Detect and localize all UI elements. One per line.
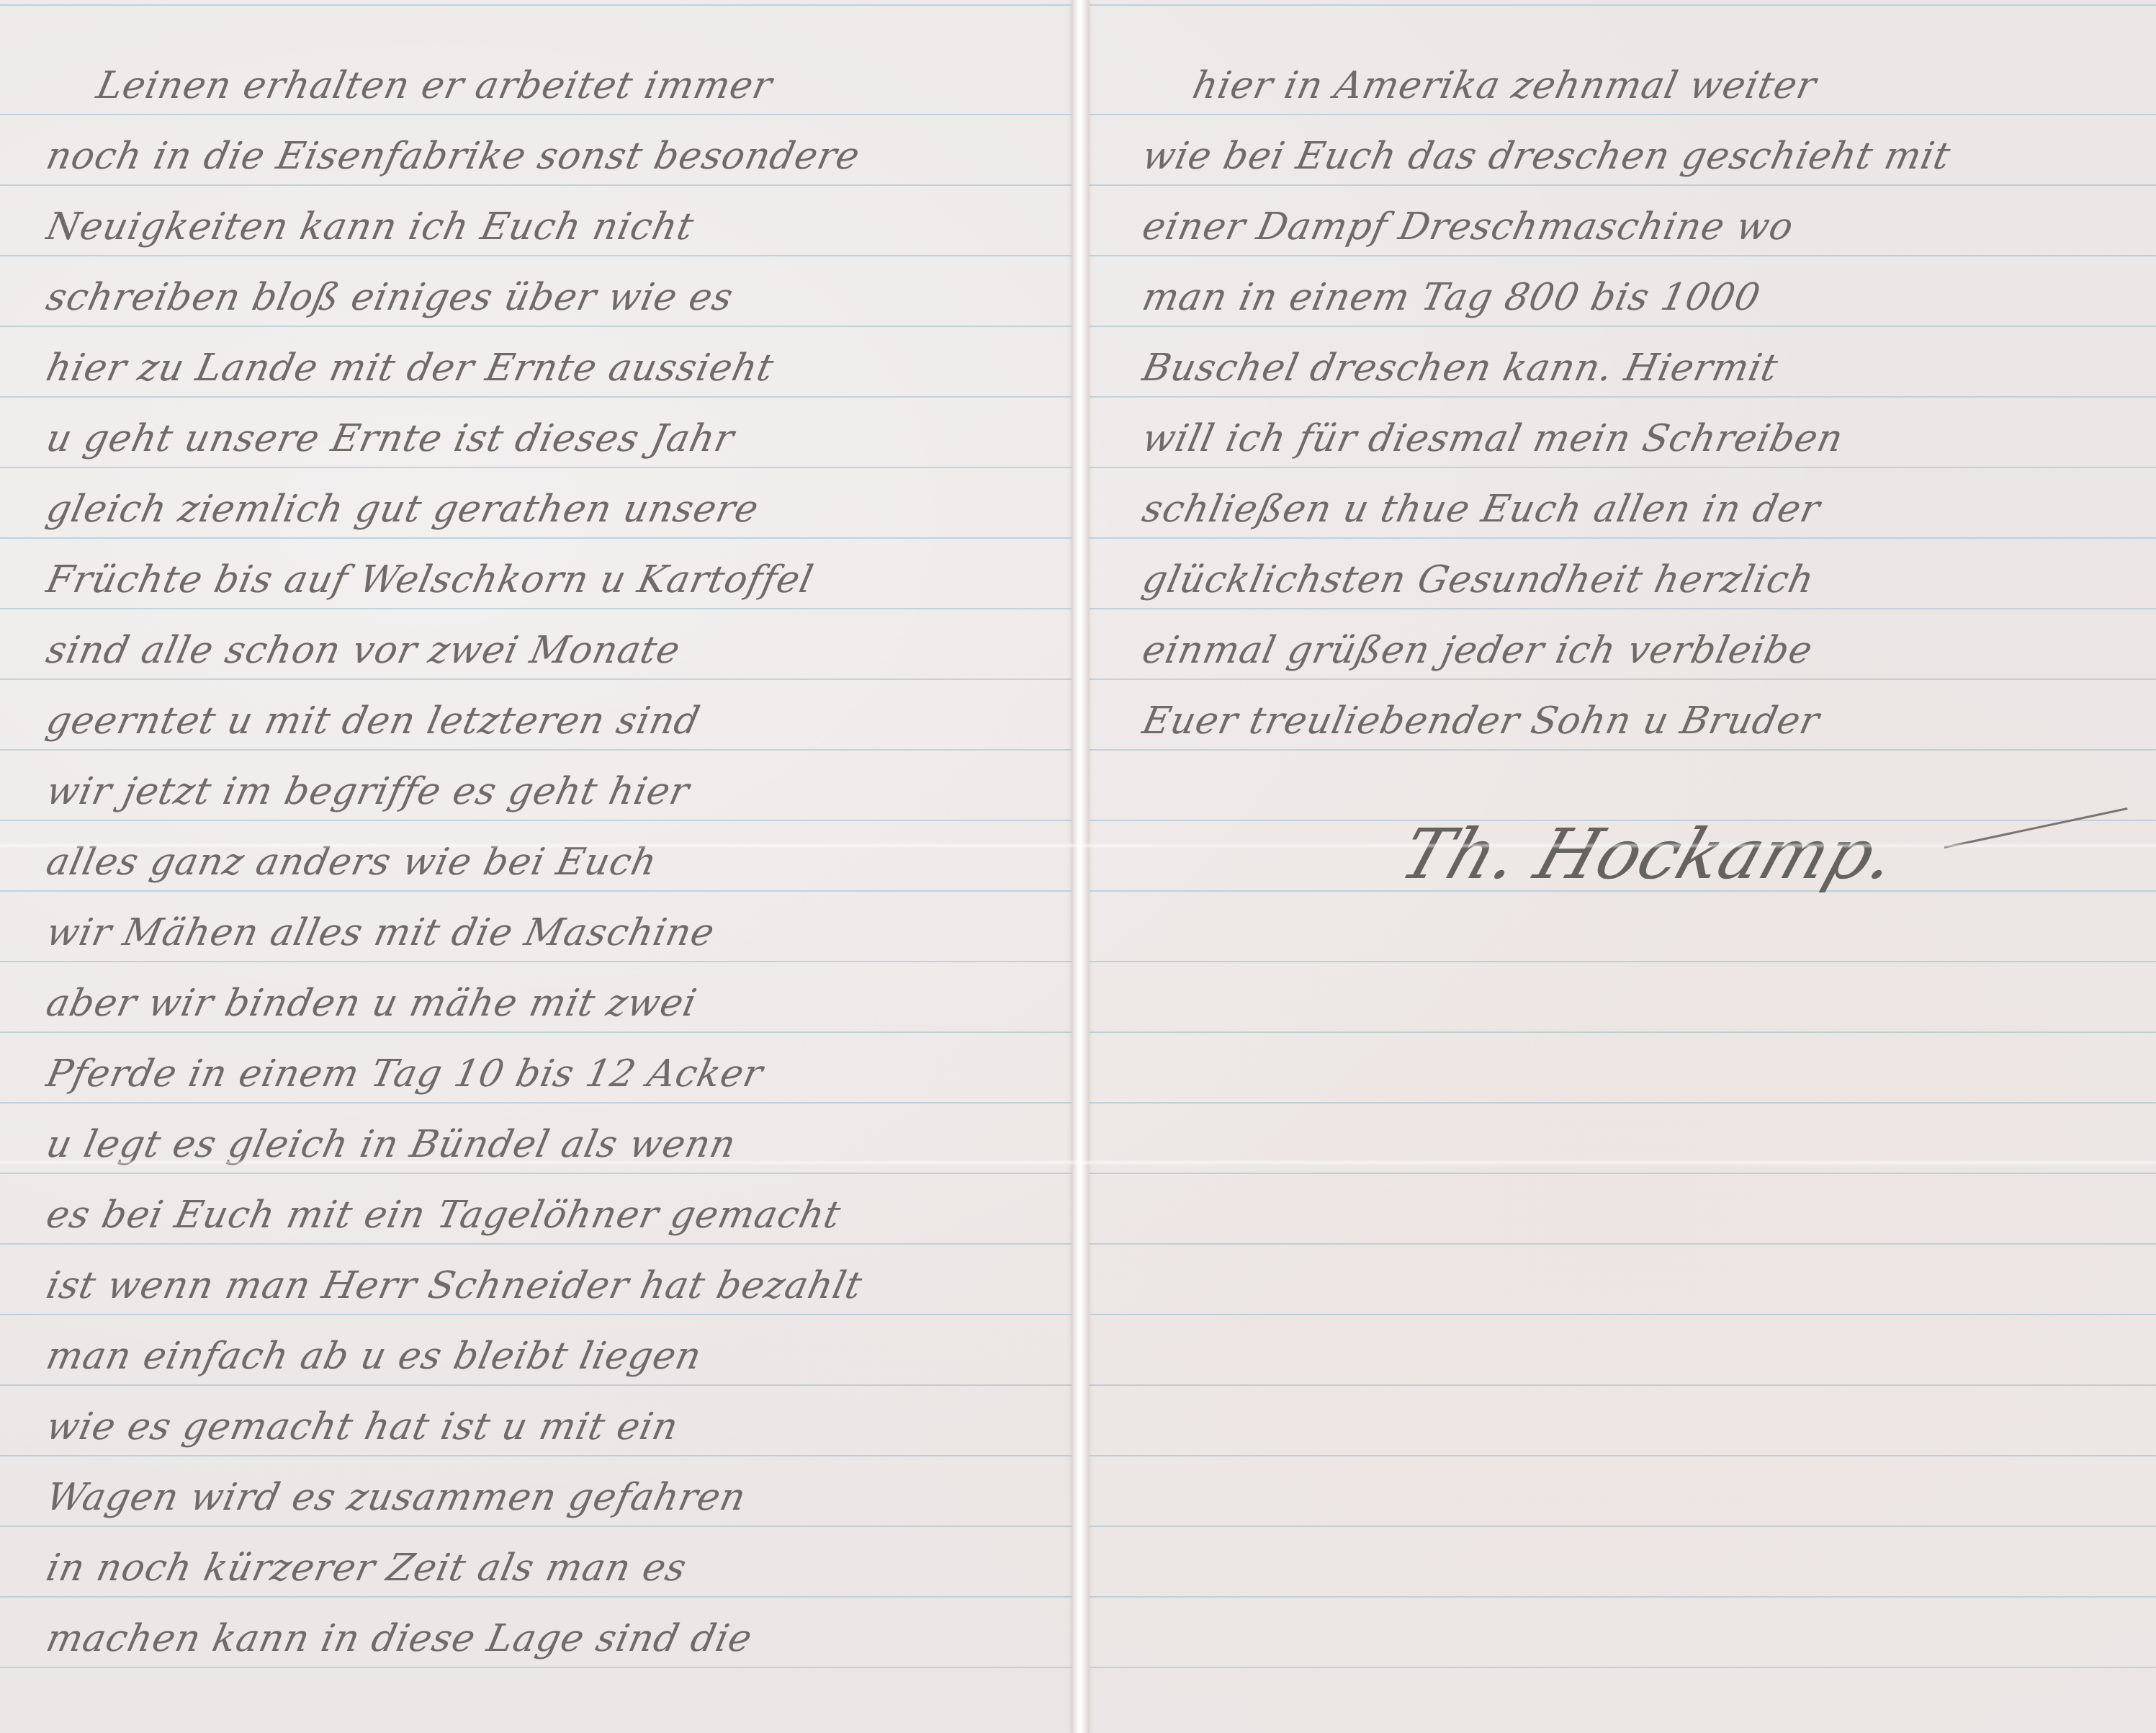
- left-page-text: Leinen erhalten er arbeitet immer noch i…: [40, 50, 1062, 1674]
- center-fold: [1072, 0, 1089, 1733]
- text-line: Buschel dreschen kann. Hiermit: [1136, 333, 2156, 403]
- text-line: Neuigkeiten kann ich Euch nicht: [40, 192, 1077, 262]
- text-line: wir Mähen alles mit die Maschine: [40, 897, 1077, 968]
- text-line: alles ganz anders wie bei Euch: [40, 827, 1077, 897]
- text-line: u legt es gleich in Bündel als wenn: [40, 1109, 1077, 1180]
- text-line: Früchte bis auf Welschkorn u Kartoffel: [40, 545, 1077, 615]
- letter-scan: Leinen erhalten er arbeitet immer noch i…: [0, 0, 2156, 1733]
- text-line: schreiben bloß einiges über wie es: [40, 262, 1077, 333]
- signature: Th. Hockamp.: [1391, 814, 1908, 895]
- text-line: gleich ziemlich gut gerathen unsere: [40, 474, 1077, 545]
- text-line: man in einem Tag 800 bis 1000: [1136, 262, 2156, 333]
- right-page-text: hier in Amerika zehnmal weiter wie bei E…: [1136, 50, 2144, 756]
- text-line: in noch kürzerer Zeit als man es: [40, 1533, 1077, 1603]
- text-line: ist wenn man Herr Schneider hat bezahlt: [40, 1250, 1077, 1321]
- horizontal-crease: [0, 843, 2156, 848]
- text-line: Pferde in einem Tag 10 bis 12 Acker: [40, 1039, 1077, 1109]
- text-line: geerntet u mit den letzteren sind: [40, 686, 1077, 756]
- text-line: man einfach ab u es bleibt liegen: [40, 1321, 1077, 1392]
- horizontal-crease: [0, 1160, 2156, 1165]
- text-line: schließen u thue Euch allen in der: [1136, 474, 2156, 545]
- text-line: aber wir binden u mähe mit zwei: [40, 968, 1077, 1039]
- text-line: sind alle schon vor zwei Monate: [40, 615, 1077, 686]
- text-line: wir jetzt im begriffe es geht hier: [40, 756, 1077, 827]
- text-line: hier in Amerika zehnmal weiter: [1136, 50, 2156, 121]
- text-line: hier zu Lande mit der Ernte aussieht: [40, 333, 1077, 403]
- text-line: wie es gemacht hat ist u mit ein: [40, 1392, 1077, 1462]
- text-line: Euer treuliebender Sohn u Bruder: [1136, 686, 2156, 756]
- text-line: will ich für diesmal mein Schreiben: [1136, 403, 2156, 474]
- text-line: einmal grüßen jeder ich verbleibe: [1136, 615, 2156, 686]
- text-line: Wagen wird es zusammen gefahren: [40, 1462, 1077, 1533]
- text-line: glücklichsten Gesundheit herzlich: [1136, 545, 2156, 615]
- text-line: machen kann in diese Lage sind die: [40, 1603, 1077, 1674]
- text-line: wie bei Euch das dreschen geschieht mit: [1136, 121, 2156, 192]
- text-line: einer Dampf Dreschmaschine wo: [1136, 192, 2156, 262]
- text-line: u geht unsere Ernte ist dieses Jahr: [40, 403, 1077, 474]
- text-line: noch in die Eisenfabrike sonst besondere: [40, 121, 1077, 192]
- text-line: Leinen erhalten er arbeitet immer: [40, 50, 1077, 121]
- left-page: Leinen erhalten er arbeitet immer noch i…: [0, 0, 1072, 1733]
- text-line: es bei Euch mit ein Tagelöhner gemacht: [40, 1180, 1077, 1250]
